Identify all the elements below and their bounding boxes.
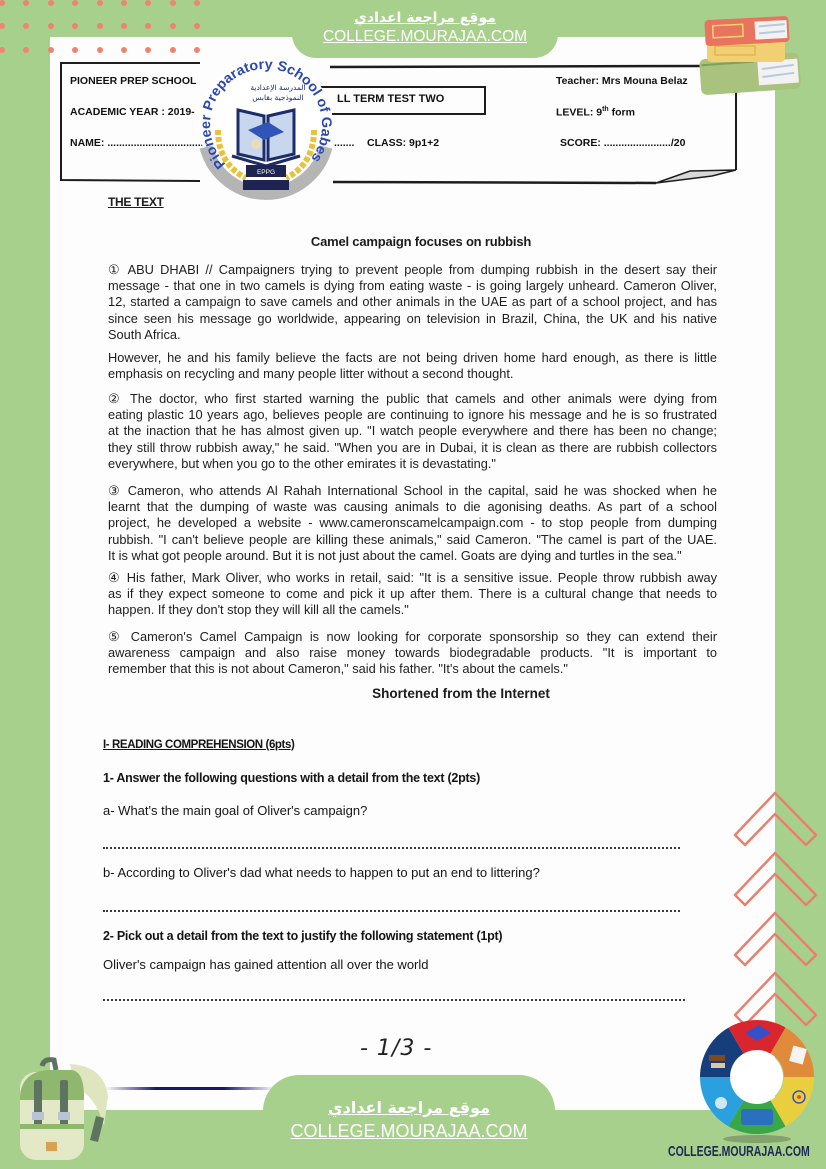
decorative-dot [97,23,103,29]
text-line: they still throw rubbish away," he said.… [108,440,717,456]
bottom-site-banner[interactable]: موقع مراجعة اعدادي COLLEGE.MOURAJAA.COM [263,1075,555,1169]
subjects-wheel-logo [695,1017,820,1145]
paragraph-4: ④ His father, Mark Oliver, who works in … [108,570,717,619]
text-line: learnt that the dumping of waste was cau… [108,499,717,515]
decorative-dot [0,0,5,6]
decorative-dot [23,23,29,29]
paragraph-5: ⑤ Cameron's Camel Campaign is now lookin… [108,629,717,678]
student-name-field: NAME: ..................................… [70,137,215,149]
text-line: as if they expect someone to come and pi… [108,586,717,602]
level-superscript: th [602,106,609,113]
school-name: PIONEER PREP SCHOOL [70,75,196,87]
text-line: ③ Cameron, who attends Al Rahah Internat… [108,483,717,499]
bottom-banner-arabic-title[interactable]: موقع مراجعة اعدادي [263,1097,555,1119]
text-line: happen. If they don't stop they will kil… [108,602,717,618]
question-1b: b- According to Oliver's dad what needs … [103,865,540,880]
text-line: project, he developed a website - www.ca… [108,515,717,531]
page-number: - 1/3 - [360,1036,432,1061]
text-line: It is what got people around. But it is … [108,548,717,564]
corner-site-label[interactable]: COLLEGE.MOURAJAA.COM [668,1143,810,1160]
article-title: Camel campaign focuses on rubbish [0,234,826,249]
text-line: since seen his message go worldwide, app… [108,311,717,327]
decorative-dot [194,0,200,6]
level-label: LEVEL: 9th form [556,106,635,119]
level-prefix: LEVEL: 9 [556,107,602,119]
text-line: ② The doctor, who first started warning … [108,391,717,407]
text-line: 12, started a campaign to save camels an… [108,294,717,310]
school-logo: Pioneer Preparatory School of Gabes المد… [196,52,336,200]
teacher-name: Teacher: Mrs Mouna Belaz [556,75,688,87]
decorative-dot [97,0,103,6]
answer-line-1a [103,847,680,849]
text-line: awareness campaign and also raise money … [108,645,717,661]
decorative-dot [0,47,5,53]
decorative-dot [170,0,176,6]
logo-badge: EPPG [257,169,275,176]
question-2-instruction: 2- Pick out a detail from the text to ju… [103,929,502,943]
paragraph-1: ① ABU DHABI // Campaigners trying to pre… [108,262,717,343]
class-dots: ....... [334,137,354,149]
question-2-statement: Oliver's campaign has gained attention a… [103,957,429,972]
decorative-dot [121,23,127,29]
banner-domain-link[interactable]: COLLEGE.MOURAJAA.COM [292,27,558,47]
decorative-dot [97,47,103,53]
decorative-dot [170,47,176,53]
question-1-instruction: 1- Answer the following questions with a… [103,771,480,785]
logo-arabic-line2: النموذجية بقابس [252,93,303,102]
decorative-dot [0,23,5,29]
banner-arabic-title[interactable]: موقع مراجعة اعدادي [292,9,558,27]
paragraph-1b: However, he and his family believe the f… [108,350,717,382]
text-line: South Africa. [108,327,717,343]
text-line: everywhere, but when you go to the other… [108,456,717,472]
text-line: message - that one in two camels is dyin… [108,278,717,294]
decorative-dot [194,23,200,29]
answer-line-2 [103,999,685,1001]
backpack-icon [12,1056,114,1164]
reading-comprehension-heading: I- READING COMPREHENSION (6pts) [103,739,294,751]
text-line: ⑤ Cameron's Camel Campaign is now lookin… [108,629,717,645]
paragraph-3: ③ Cameron, who attends Al Rahah Internat… [108,483,717,564]
decorative-dot [48,0,54,6]
answer-line-1b [103,910,680,912]
text-line: ④ His father, Mark Oliver, who works in … [108,570,717,586]
decorative-dot [121,47,127,53]
text-line: eating plastic 10 years ago, believes pe… [108,407,717,423]
decorative-dot [170,23,176,29]
decorative-dot [48,23,54,29]
text-line: ① ABU DHABI // Campaigners trying to pre… [108,262,717,278]
test-title: LL TERM TEST TWO [337,93,444,105]
text-section-heading: THE TEXT [108,195,164,209]
level-suffix: form [609,107,635,119]
books-illustration-icon [693,12,805,97]
decorative-dot [48,47,54,53]
paragraph-2: ② The doctor, who first started warning … [108,391,717,472]
top-site-banner[interactable]: موقع مراجعة اعدادي COLLEGE.MOURAJAA.COM [292,0,558,58]
decorative-line [105,1087,275,1090]
decorative-dot [72,23,78,29]
text-source: Shortened from the Internet [0,686,826,701]
class-label: CLASS: 9p1+2 [367,137,439,149]
text-line: rubbish. "I can't believe people are kil… [108,532,717,548]
academic-year: ACADEMIC YEAR : 2019- [70,106,195,118]
decorative-dot [145,23,151,29]
text-line: However, he and his family believe the f… [108,350,717,366]
logo-arabic-line1: المدرسة الإعدادية [250,83,305,92]
text-line: at the inaction that he has almost given… [108,423,717,439]
decorative-dot [72,0,78,6]
text-line: emphasis on recycling and many people li… [108,366,717,382]
question-1a: a- What's the main goal of Oliver's camp… [103,803,367,818]
decorative-dot [145,0,151,6]
decorative-dot [23,0,29,6]
decorative-dot [121,0,127,6]
score-field: SCORE: ......................./20 [560,137,685,149]
bottom-banner-domain-link[interactable]: COLLEGE.MOURAJAA.COM [263,1119,555,1143]
decorative-dot [23,47,29,53]
text-line: remember that this is not about Cameron,… [108,661,717,677]
